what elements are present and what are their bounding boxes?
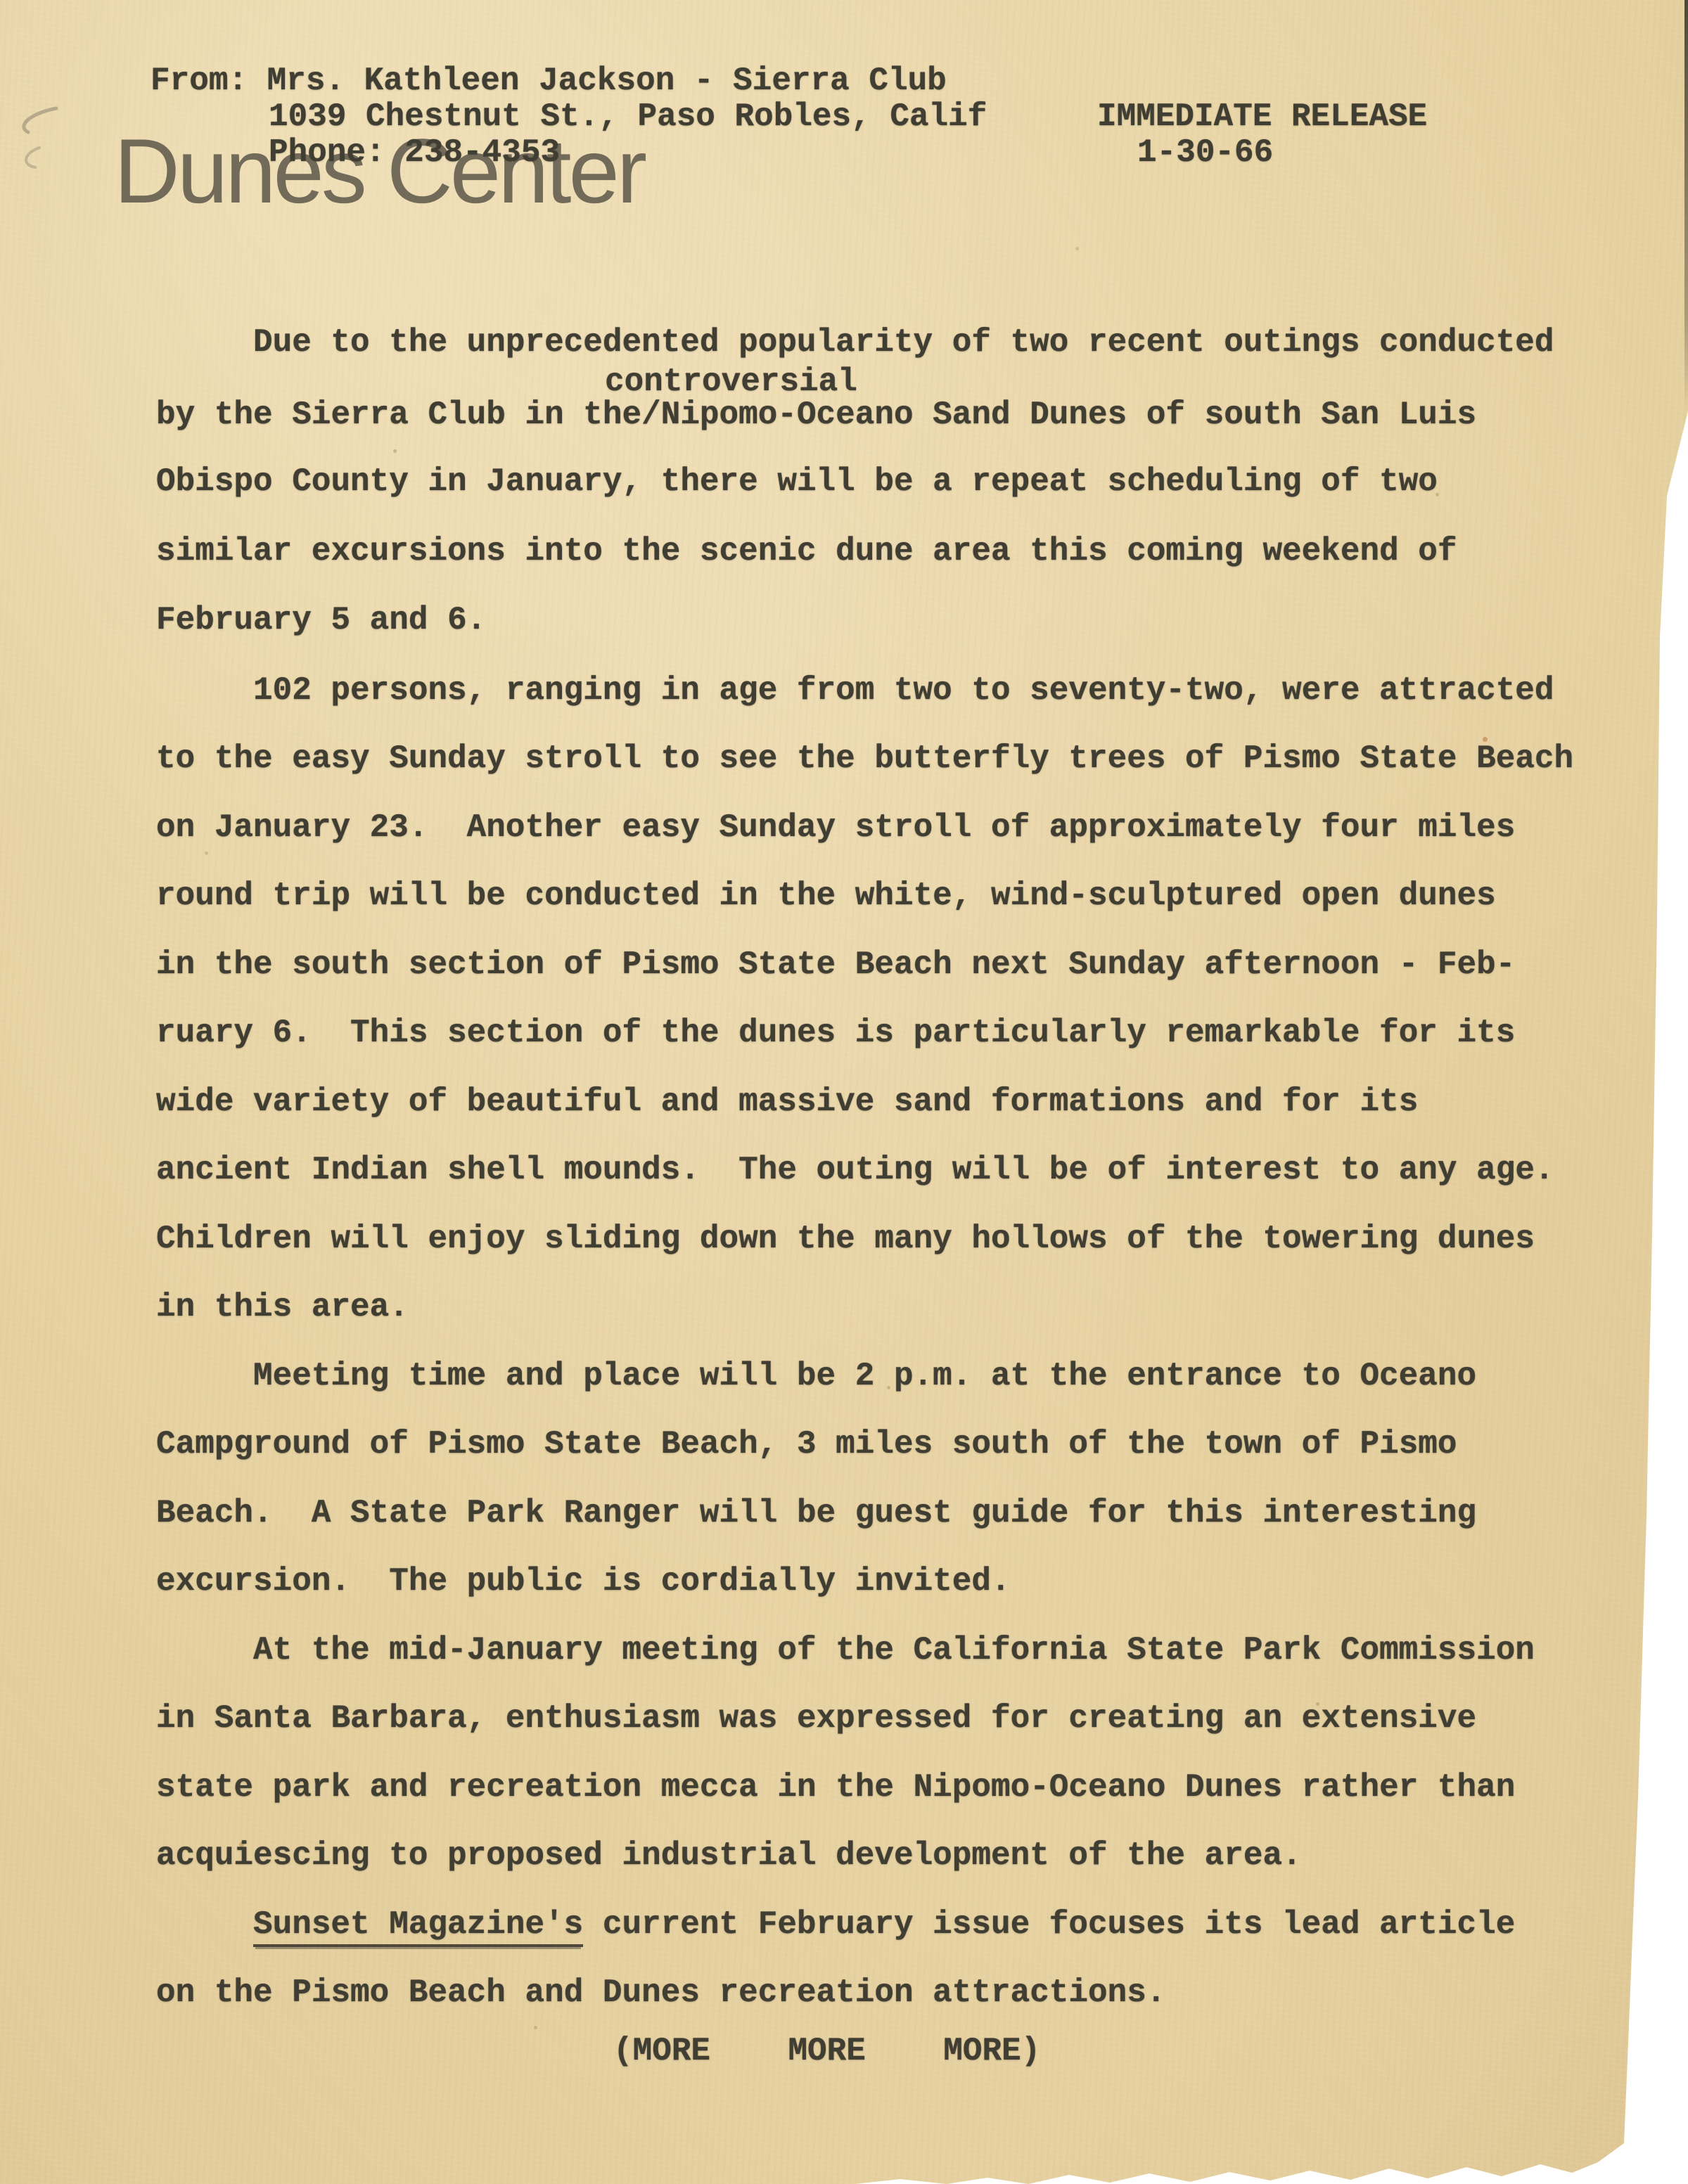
more-continuation-marker: (MORE MORE MORE) — [613, 2034, 1040, 2069]
header-address-line: 1039 Chestnut St., Paso Robles, Calif — [269, 99, 987, 134]
body-line: by the Sierra Club in the/Nipomo-Oceano … — [156, 397, 1476, 432]
body-line: on the Pismo Beach and Dunes recreation … — [156, 1975, 1165, 2010]
body-line: 102 persons, ranging in age from two to … — [253, 673, 1554, 708]
body-line-rest: current February issue focuses its lead … — [583, 1906, 1515, 1943]
body-line: Campground of Pismo State Beach, 3 miles… — [156, 1427, 1457, 1462]
body-line: acquiescing to proposed industrial devel… — [156, 1838, 1302, 1873]
body-line: Children will enjoy sliding down the man… — [156, 1221, 1535, 1257]
interlinear-insertion: controversial — [605, 364, 857, 399]
paper-fiber-specks — [0, 0, 2, 2]
body-line: Due to the unprecedented popularity of t… — [253, 325, 1554, 360]
body-line: similar excursions into the scenic dune … — [156, 534, 1457, 569]
body-line: Meeting time and place will be 2 p.m. at… — [253, 1358, 1476, 1394]
body-line: in this area. — [156, 1290, 409, 1325]
scan-edge-shadow — [1684, 0, 1688, 411]
body-line: February 5 and 6. — [156, 603, 486, 638]
underlined-publication-name: Sunset Magazine's — [253, 1906, 583, 1947]
scanned-press-release-page: Dunes Center From: Mrs. Kathleen Jackson… — [0, 0, 1688, 2184]
margin-pencil-scribble — [7, 98, 84, 183]
body-line: in Santa Barbara, enthusiasm was express… — [156, 1701, 1476, 1736]
body-line: to the easy Sunday stroll to see the but… — [156, 741, 1573, 776]
immediate-release-label: IMMEDIATE RELEASE — [1097, 99, 1427, 134]
body-line: wide variety of beautiful and massive sa… — [156, 1084, 1418, 1119]
release-date: 1-30-66 — [1137, 135, 1273, 170]
body-line: in the south section of Pismo State Beac… — [156, 947, 1515, 982]
body-line: Sunset Magazine's current February issue… — [253, 1907, 1515, 1942]
body-line: excursion. The public is cordially invit… — [156, 1564, 1011, 1599]
header-phone-line: Phone: 238-4353 — [269, 135, 560, 170]
body-line: Obispo County in January, there will be … — [156, 464, 1438, 499]
body-line: Beach. A State Park Ranger will be guest… — [156, 1496, 1476, 1531]
header-from-line: From: Mrs. Kathleen Jackson - Sierra Clu… — [151, 63, 947, 98]
body-line: ruary 6. This section of the dunes is pa… — [156, 1015, 1515, 1051]
body-line: ancient Indian shell mounds. The outing … — [156, 1152, 1554, 1188]
body-line: round trip will be conducted in the whit… — [156, 878, 1496, 913]
body-line: on January 23. Another easy Sunday strol… — [156, 810, 1515, 845]
body-line: At the mid-January meeting of the Califo… — [253, 1633, 1535, 1668]
body-line: state park and recreation mecca in the N… — [156, 1770, 1515, 1805]
